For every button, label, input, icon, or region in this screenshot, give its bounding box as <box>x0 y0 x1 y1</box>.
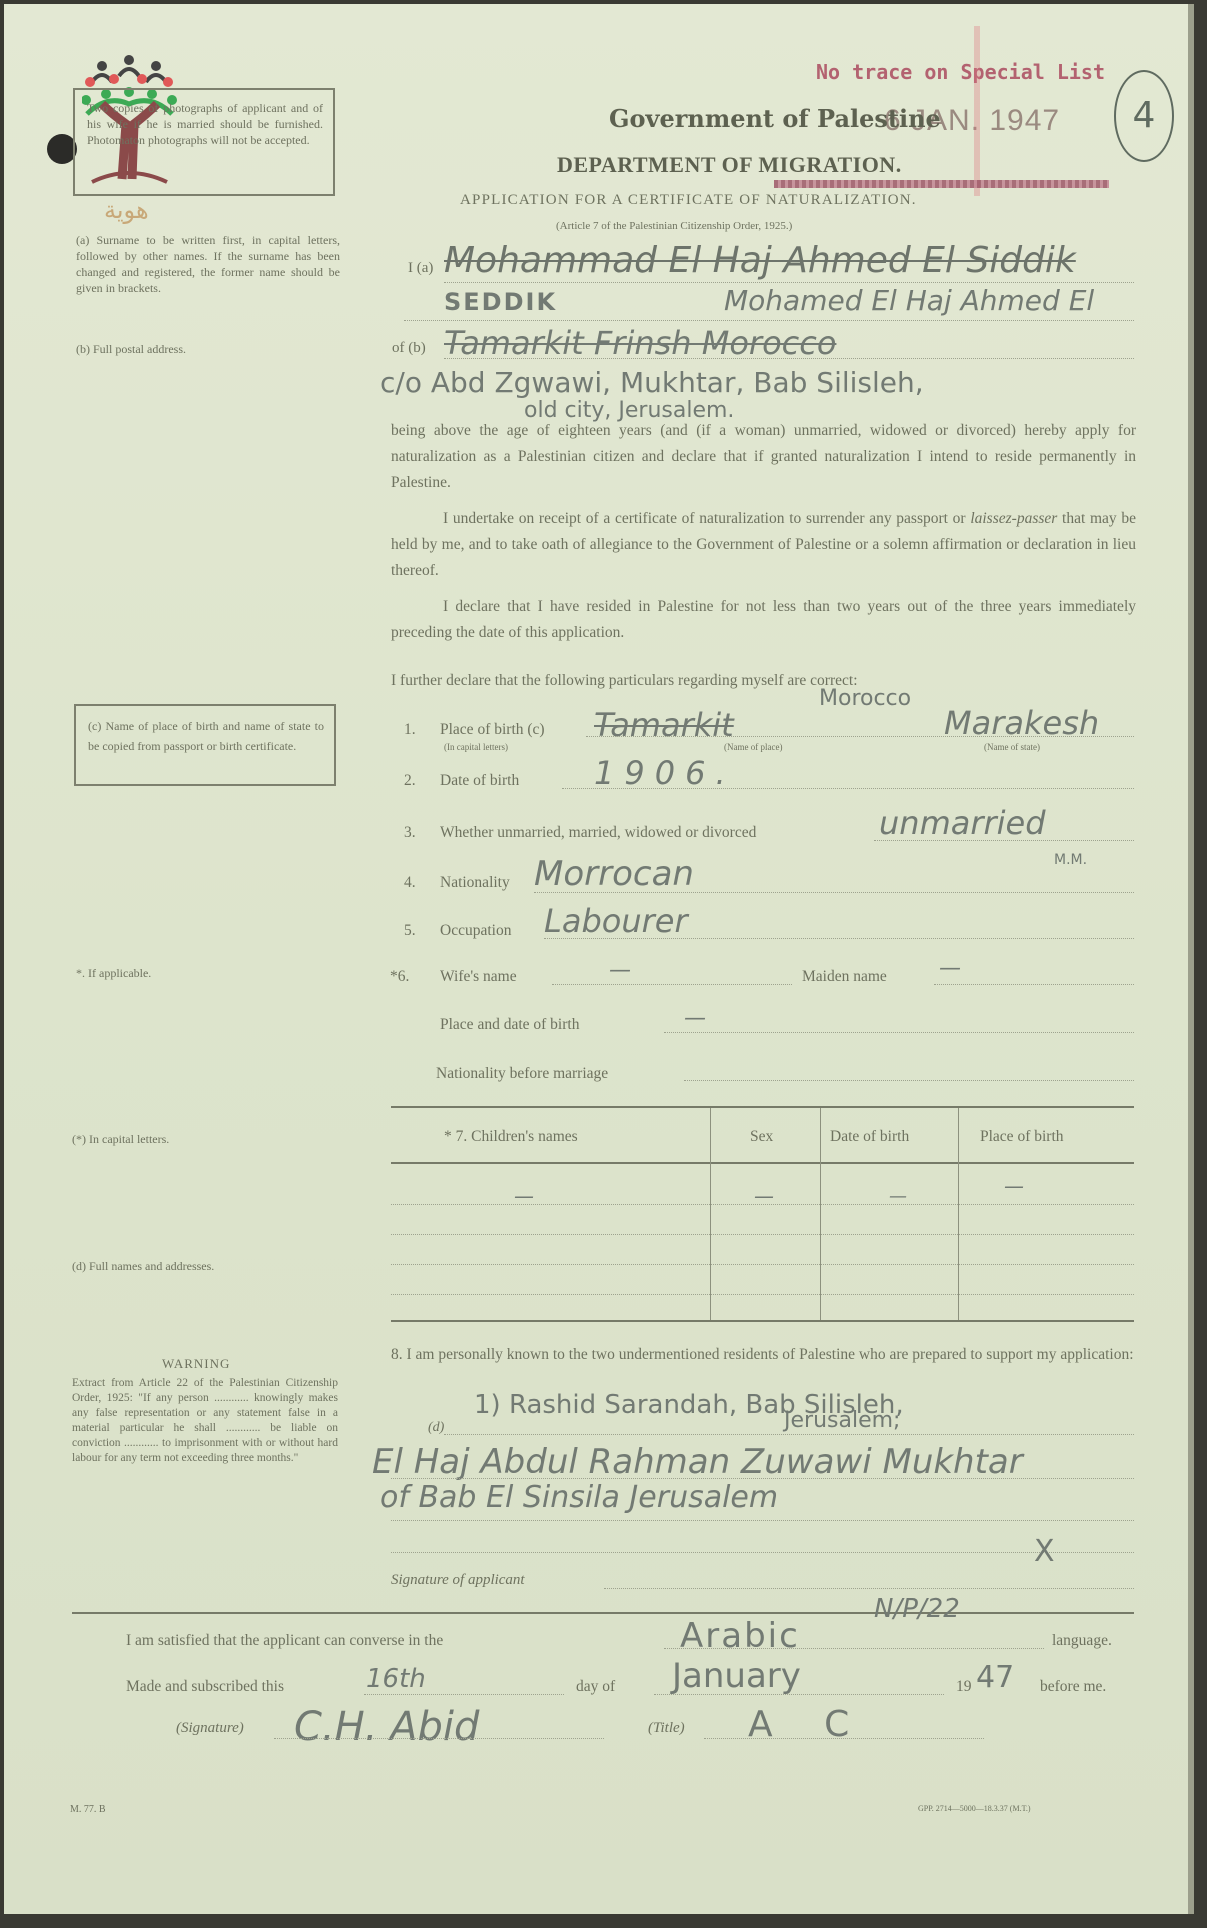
month-line <box>654 1694 944 1695</box>
referee-line-1 <box>444 1434 1134 1435</box>
particulars-intro: I further declare that the following par… <box>391 668 858 694</box>
dob-number: 2. <box>404 768 416 794</box>
nationality-label: Nationality <box>440 870 510 896</box>
children-header-names: * 7. Children's names <box>444 1124 578 1150</box>
logo-arabic-title: هوية <box>104 196 149 224</box>
marital-line <box>874 840 1134 841</box>
nationality-line <box>534 892 1134 893</box>
maiden-value[interactable]: — <box>939 956 961 981</box>
note-if-applicable: *. If applicable. <box>76 966 151 981</box>
official-signature-label: (Signature) <box>176 1720 244 1737</box>
naturalization-form-page: هوية Two copies of photographs of applic… <box>4 4 1192 1914</box>
day-value[interactable]: 16th <box>366 1664 426 1694</box>
undertaking-paragraph: I undertake on receipt of a certificate … <box>391 506 1136 584</box>
children-header-dob: Date of birth <box>830 1124 909 1150</box>
day-of-text: day of <box>576 1674 615 1700</box>
undertaking-text-a: I undertake on receipt of a certificate … <box>443 510 970 527</box>
official-title-label: (Title) <box>648 1720 685 1737</box>
referee-line-4 <box>391 1552 1134 1553</box>
page-number-value: 4 <box>1116 72 1172 160</box>
table-top-rule <box>391 1106 1134 1108</box>
warning-text: Extract from Article 22 of the Palestini… <box>72 1376 338 1466</box>
stamp-vertical-mark <box>974 26 980 196</box>
language-line <box>664 1648 1044 1649</box>
maiden-line <box>934 984 1134 985</box>
children-row-line <box>391 1294 1134 1295</box>
made-text: Made and subscribed this <box>126 1674 284 1700</box>
child-place-cell[interactable]: — <box>1004 1174 1024 1198</box>
birthplace-sub-state: (Name of state) <box>984 742 1040 752</box>
referee-line-3 <box>391 1520 1134 1521</box>
circled-page-number: 4 <box>1114 70 1174 162</box>
marital-number: 3. <box>404 820 416 846</box>
official-title-line <box>704 1738 984 1739</box>
children-header-place: Place of birth <box>980 1124 1064 1150</box>
dob-value[interactable]: 1906. <box>594 754 736 792</box>
note-b-postal-address: (b) Full postal address. <box>76 342 186 357</box>
note-d-full-names: (d) Full names and addresses. <box>72 1259 214 1274</box>
form-code: M. 77. B <box>70 1804 106 1815</box>
wife-birth-line <box>664 1032 1134 1033</box>
referee-1-city[interactable]: Jerusalem; <box>784 1408 900 1433</box>
wife-value[interactable]: — <box>609 958 631 983</box>
official-signature[interactable]: C.H. Abid <box>294 1704 479 1750</box>
address-line1[interactable]: c/o Abd Zgwawi, Mukhtar, Bab Silisleh, <box>380 366 924 399</box>
photo-instructions-box: Two copies of photographs of applicant a… <box>73 88 335 196</box>
name-label: I (a) <box>408 260 433 277</box>
birthplace-line <box>586 736 1134 737</box>
language-suffix: language. <box>1052 1628 1112 1654</box>
birthplace-state-note: Morocco <box>819 686 911 711</box>
wife-birth-value[interactable]: — <box>684 1006 706 1031</box>
address-line-1 <box>444 358 1134 359</box>
language-text: I am satisfied that the applicant can co… <box>126 1628 443 1654</box>
stamp-strike-bar <box>774 180 1109 188</box>
birthplace-sub-place: (Name of place) <box>724 742 782 752</box>
signature-applicant-label: Signature of applicant <box>391 1572 525 1589</box>
table-header-rule <box>391 1162 1134 1164</box>
referee-2[interactable]: El Haj Abdul Rahman Zuwawi Mukhtar <box>372 1442 1023 1482</box>
maiden-label: Maiden name <box>802 964 887 990</box>
signature-applicant-line <box>604 1588 1134 1589</box>
application-subtitle: (Article 7 of the Palestinian Citizenshi… <box>556 220 792 232</box>
dob-line <box>562 788 1134 789</box>
nationality-initials: M.M. <box>1054 852 1087 868</box>
application-title: APPLICATION FOR A CERTIFICATE OF NATURAL… <box>460 192 917 209</box>
marital-label: Whether unmarried, married, widowed or d… <box>440 820 756 846</box>
birthplace-sub-capital: (In capital letters) <box>444 742 508 752</box>
wife-number: *6. <box>390 964 409 990</box>
wife-line <box>552 984 792 985</box>
address-struck-out: Tamarkit Frinsh Morocco <box>444 324 836 362</box>
photo-instructions-text: Two copies of photographs of applicant a… <box>75 90 333 148</box>
table-col-divider <box>820 1108 821 1320</box>
note-c-text: (c) Name of place of birth and name of s… <box>76 706 334 756</box>
certification-divider <box>72 1612 1134 1614</box>
dob-label: Date of birth <box>440 768 519 794</box>
wife-label: Wife's name <box>440 964 517 990</box>
child-sex-cell[interactable]: — <box>754 1184 774 1208</box>
child-name-cell[interactable]: — <box>514 1184 534 1208</box>
referees-d-label: (d) <box>428 1420 444 1436</box>
table-bottom-rule <box>391 1320 1134 1322</box>
printer-code: GPP. 2714—5000—18.3.37 (M.T.) <box>918 1804 1031 1813</box>
table-col-divider <box>958 1108 959 1320</box>
occupation-value[interactable]: Labourer <box>544 902 688 940</box>
children-row-line <box>391 1264 1134 1265</box>
residence-paragraph: I declare that I have resided in Palesti… <box>391 594 1136 646</box>
applicant-mark[interactable]: X <box>1034 1534 1055 1569</box>
month-value[interactable]: January <box>672 1656 801 1696</box>
page-edge-shadow <box>1188 4 1194 1914</box>
name-struck-out: Mohammad El Haj Ahmed El Siddik <box>444 240 1076 281</box>
birthplace-number: 1. <box>404 717 416 743</box>
name-surname[interactable]: SEDDIK <box>444 288 557 316</box>
address-label: of (b) <box>392 340 426 357</box>
birthplace-place[interactable]: Tamarkit <box>594 706 734 744</box>
name-line-1 <box>444 282 1134 283</box>
before-me-text: before me. <box>1040 1674 1106 1700</box>
day-line <box>364 1694 564 1695</box>
children-header-sex: Sex <box>750 1124 773 1150</box>
occupation-line <box>544 938 1134 939</box>
wife-nationality-line <box>684 1080 1134 1081</box>
reference-note: N/P/22 <box>874 1594 960 1624</box>
note-capital-letters: (*) In capital letters. <box>72 1132 169 1147</box>
nationality-number: 4. <box>404 870 416 896</box>
wife-birth-label: Place and date of birth <box>440 1012 579 1038</box>
year-value[interactable]: 47 <box>976 1660 1014 1695</box>
referee-line-2 <box>391 1478 1134 1479</box>
children-row-line <box>391 1234 1134 1235</box>
wife-nationality-label: Nationality before marriage <box>436 1061 608 1087</box>
nationality-value[interactable]: Morrocan <box>534 854 694 894</box>
eligibility-paragraph: being above the age of eighteen years (a… <box>391 418 1136 496</box>
government-title: Government of Palestine <box>609 104 941 133</box>
occupation-label: Occupation <box>440 918 511 944</box>
referee-2-address[interactable]: of Bab El Sinsila Jerusalem <box>380 1480 778 1515</box>
special-list-stamp: No trace on Special List <box>816 60 1105 84</box>
child-dob-cell[interactable]: — <box>889 1186 907 1207</box>
name-given[interactable]: Mohamed El Haj Ahmed El <box>724 284 1094 317</box>
marital-value[interactable]: unmarried <box>879 804 1046 842</box>
language-value[interactable]: Arabic <box>680 1616 800 1656</box>
name-line-2 <box>404 320 1134 321</box>
note-a-surname: (a) Surname to be written first, in capi… <box>76 232 340 296</box>
birthplace-label: Place of birth (c) <box>440 717 545 743</box>
occupation-number: 5. <box>404 918 416 944</box>
referees-text: 8. I am personally known to the two unde… <box>391 1342 1166 1368</box>
laissez-passer-text: laissez-passer <box>970 510 1057 527</box>
table-col-divider <box>710 1108 711 1320</box>
department-title: DEPARTMENT OF MIGRATION. <box>557 152 902 178</box>
warning-title: WARNING <box>162 1356 230 1371</box>
year-prefix: 19 <box>956 1674 972 1700</box>
note-c-box: (c) Name of place of birth and name of s… <box>74 704 336 786</box>
official-signature-line <box>274 1738 604 1739</box>
